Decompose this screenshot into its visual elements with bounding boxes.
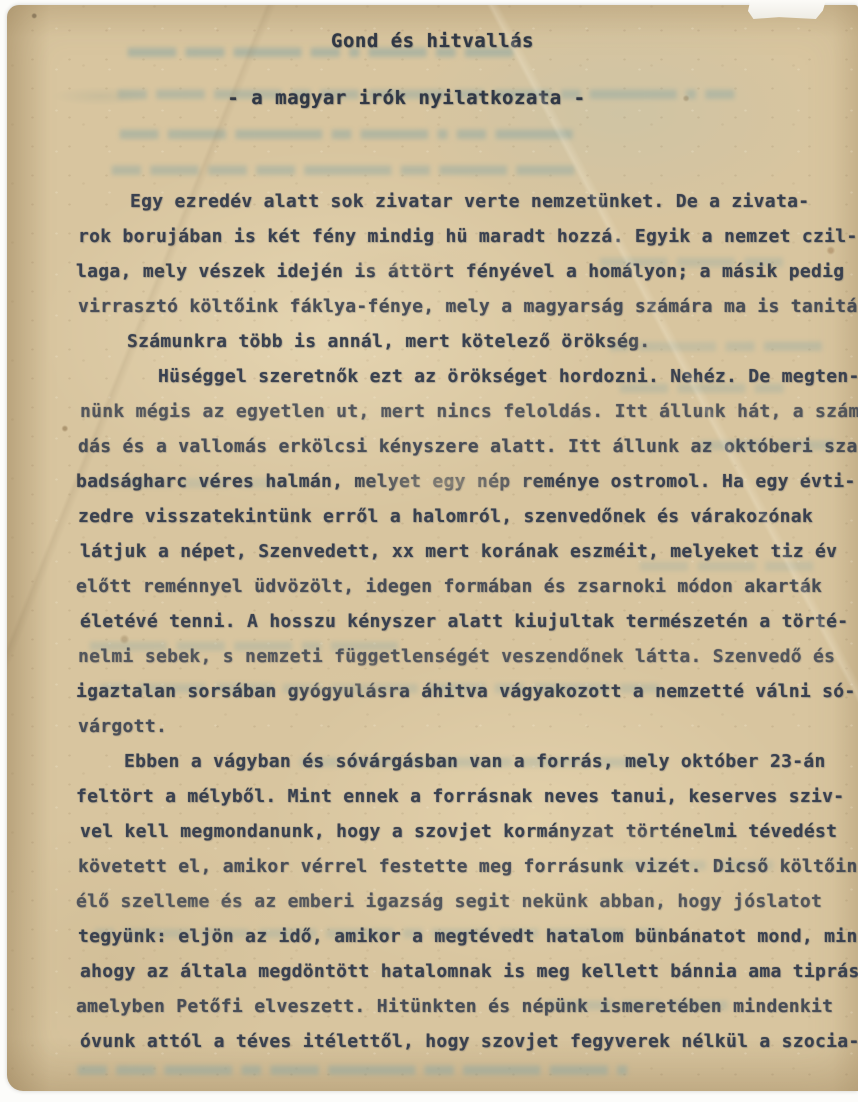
text-line: nelmi sebek, s nemzeti függetlenségét ve… xyxy=(78,639,858,674)
text-line: virrasztó költőink fáklya-fénye, mely a … xyxy=(78,289,858,324)
text-line: előtt reménnyel üdvözölt, idegen formába… xyxy=(76,569,856,604)
bleedthrough-line: ▄▄▄▄▄▄ ▄▄▄▄▄▄▄ ▄▄▄ ▄▄▄▄▄▄▄▄▄ ▄▄▄▄ ▄▄▄▄ ▄… xyxy=(112,156,574,176)
text-line: ahogy az általa megdöntött hatalomnak is… xyxy=(80,954,858,989)
text-line: Hüséggel szeretnők ezt az örökséget hord… xyxy=(76,359,856,394)
text-line: dás és a vallomás erkölcsi kényszere ala… xyxy=(78,429,858,464)
paper-sheet: ▄▄▄▄▄ ▄▄ ▄▄▄▄▄▄ ▄ ▄▄▄ ▄▄▄▄▄▄▄ ▄▄▄▄ ▄▄▄▄▄… xyxy=(7,5,858,1091)
text-line: látjuk a népet, Szenvedett, xx mert korá… xyxy=(80,534,858,569)
bleedthrough-line: ▄ ▄▄▄▄▄▄ ▄▄▄▄▄▄▄▄ ▄▄▄ ▄▄▄▄▄▄▄▄▄ ▄▄▄▄▄ ▄▄… xyxy=(78,1056,627,1076)
text-line: tegyünk: eljön az idő, amikor a megtéved… xyxy=(78,919,858,954)
text-line: rok borujában is két fény mindig hü mara… xyxy=(78,219,858,254)
text-line: zedre visszatekintünk erről a halomról, … xyxy=(78,499,858,534)
text-line: követett el, amikor vérrel festette meg … xyxy=(78,849,858,884)
text-line: Ebben a vágyban és sóvárgásban van a for… xyxy=(80,744,858,779)
scan-bed: { "document": { "title": "Gond és hitval… xyxy=(0,0,858,1102)
document-title: Gond és hitvallás xyxy=(7,30,858,52)
text-line: amelyben Petőfi elveszett. Hitünkten és … xyxy=(76,989,856,1024)
text-line: Számunkra több is annál, mert kötelező ö… xyxy=(80,324,858,359)
text-line: badságharc véres halmán, melyet egy nép … xyxy=(76,464,856,499)
text-line: óvunk attól a téves itélettől, hogy szov… xyxy=(80,1024,858,1059)
tape xyxy=(748,0,826,19)
text-line: nünk mégis az egyetlen ut, mert nincs fe… xyxy=(80,394,858,429)
text-line: feltört a mélyből. Mint ennek a forrásna… xyxy=(76,779,856,814)
text-line: igaztalan sorsában gyógyulásra áhitva vá… xyxy=(76,674,856,709)
text-line: várgott. xyxy=(78,709,858,744)
text-line: vel kell megmondanunk, hogy a szovjet ko… xyxy=(80,814,858,849)
bleedthrough-line: ▄▄▄▄▄▄▄▄ ▄▄▄ ▄ ▄▄▄▄▄▄▄ ▄▄ ▄▄▄▄▄▄▄▄▄ ▄▄▄▄… xyxy=(120,120,573,140)
document-subtitle: - a magyar irók nyilatkozata - xyxy=(7,87,832,109)
text-line: életévé tenni. A hosszu kényszer alatt k… xyxy=(80,604,858,639)
text-line: laga, mely vészek idején is áttört fényé… xyxy=(76,254,856,289)
text-line: Egy ezredév alatt sok zivatar verte nemz… xyxy=(80,184,858,219)
body-text: Egy ezredév alatt sok zivatar verte nemz… xyxy=(78,184,858,1059)
text-line: élő szelleme és az emberi igazság segit … xyxy=(76,884,856,919)
